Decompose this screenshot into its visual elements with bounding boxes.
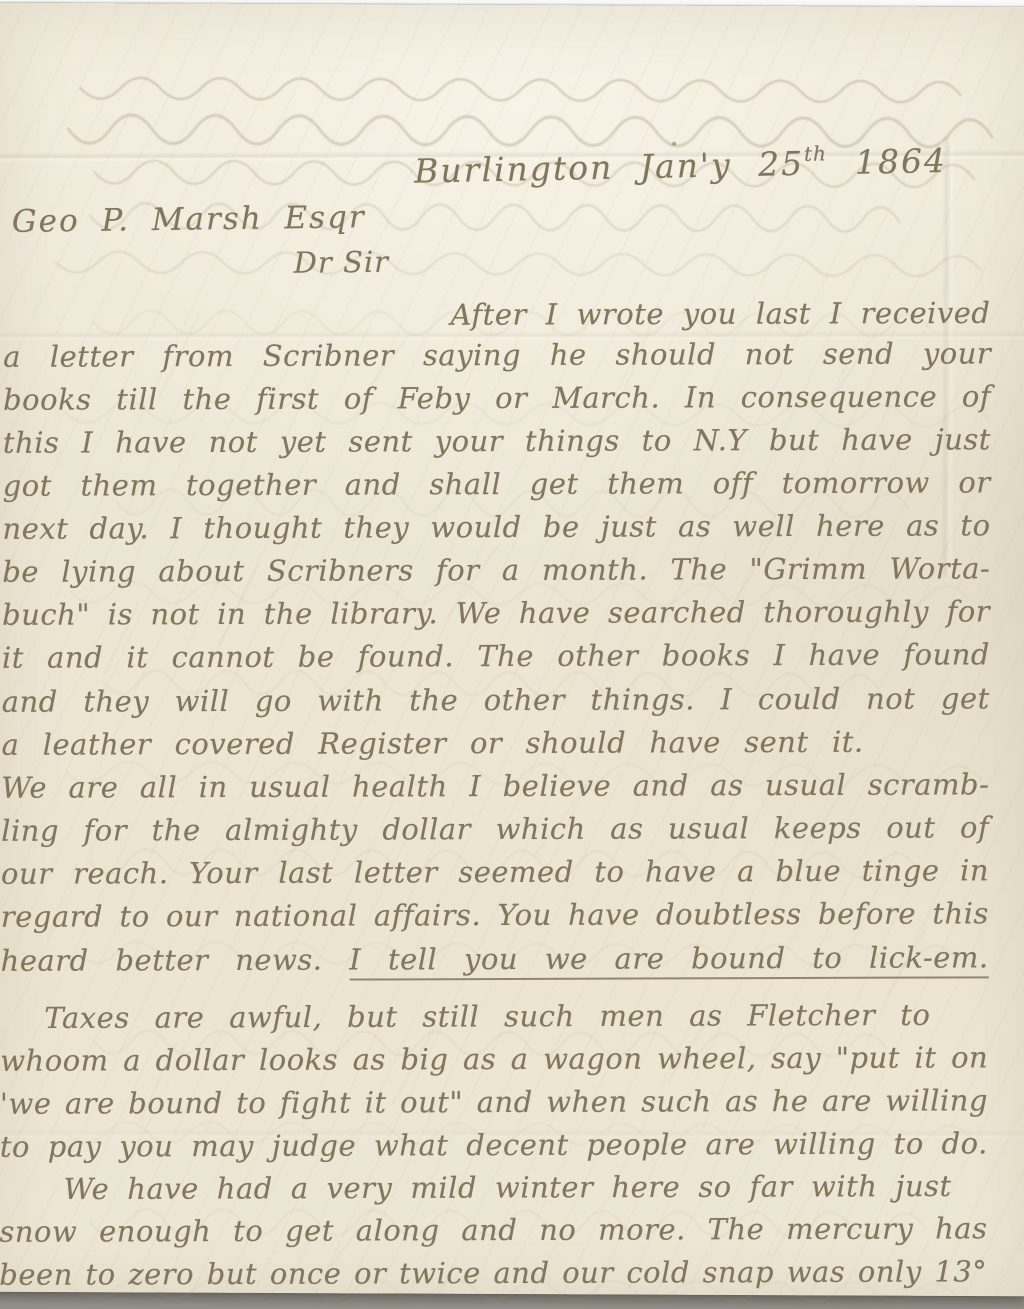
letter-paper: Burlington Jan'y 25th1864 Geo P. Marsh E… — [0, 3, 1024, 1297]
letter-line: regard to our national affairs. You have… — [1, 895, 989, 934]
letter-line: We are all in usual health I believe and… — [1, 766, 989, 805]
dateline-year: 1864 — [855, 141, 948, 182]
recipient-line: Geo P. Marsh Esqr — [12, 199, 366, 240]
letter-line: After I wrote you last I received — [450, 295, 990, 333]
letter-line: snow enough to get along and no more. Th… — [0, 1210, 988, 1249]
letter-line: and they will go with the other things. … — [2, 680, 990, 719]
letter-line: a letter from Scribner saying he should … — [3, 335, 991, 374]
letter-line: Taxes are awful, but still such men as F… — [44, 997, 930, 1036]
letter-line: books till the first of Feby or March. I… — [3, 378, 991, 417]
dateline-place-date: Burlington Jan'y 25 — [414, 144, 805, 191]
scanned-letter-page: Burlington Jan'y 25th1864 Geo P. Marsh E… — [0, 0, 1024, 1309]
letter-line: been to zero but once or twice and our c… — [0, 1253, 987, 1292]
salutation: Dr Sir — [294, 245, 390, 280]
letter-line: be lying about Scribners for a month. Th… — [2, 550, 990, 589]
letter-line: heard better news. I tell you we are bou… — [1, 939, 989, 978]
letter-line-text: heard better news. — [1, 943, 350, 978]
letter-line: this I have not yet sent your things to … — [3, 421, 991, 460]
letter-line: buch" is not in the library. We have sea… — [2, 593, 990, 632]
dateline-ordinal: th — [804, 141, 827, 165]
underlined-phrase: I tell you we are bound to lick-em. — [349, 940, 989, 980]
letter-line: a leather covered Register or should hav… — [2, 724, 864, 763]
letter-line: We have had a very mild winter here so f… — [64, 1168, 952, 1207]
dateline: Burlington Jan'y 25th1864 — [414, 138, 995, 191]
letter-line: next day. I thought they would be just a… — [2, 507, 990, 546]
letter-line: 'we are bound to fight it out" and when … — [0, 1082, 988, 1121]
letter-line: our reach. Your last letter seemed to ha… — [1, 852, 989, 891]
letter-line: whoom a dollar looks as big as a wagon w… — [0, 1039, 988, 1078]
letter-line: to pay you may judge what decent people … — [0, 1125, 988, 1164]
letter-line: got them together and shall get them off… — [3, 464, 991, 503]
letter-line: it and it cannot be found. The other boo… — [2, 636, 990, 675]
letter-line: ling for the almighty dollar which as us… — [1, 809, 989, 848]
